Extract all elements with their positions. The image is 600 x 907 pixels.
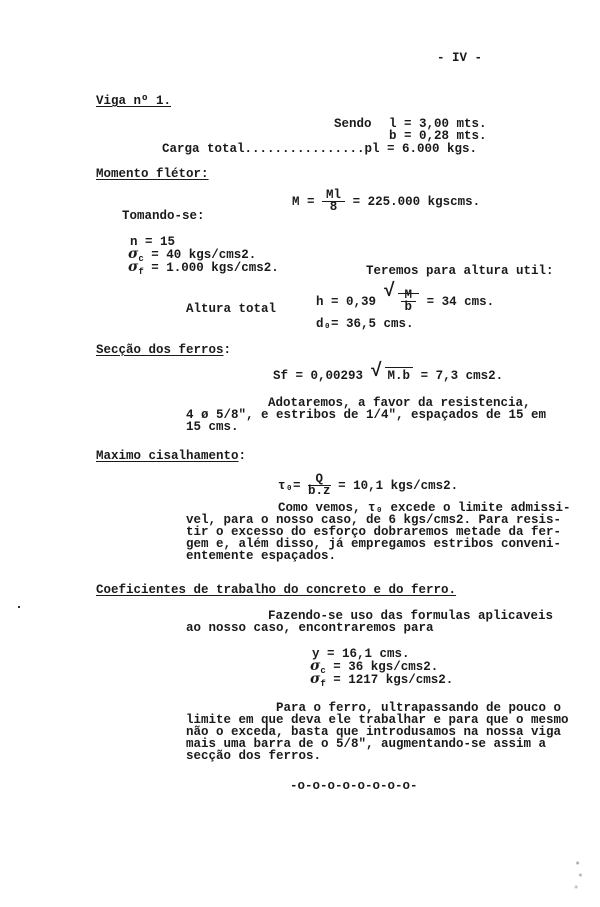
heading-text: Secção dos ferros: [96, 343, 224, 357]
heading-colon: :: [224, 343, 232, 357]
tomando-se: Tomando-se:: [122, 210, 205, 222]
denominator: b: [401, 302, 417, 313]
value: = 36 kgs/cms2.: [333, 660, 438, 674]
formula-h: h = 0,39 Mb = 34 cms.: [316, 290, 494, 313]
altura-total: Altura total: [186, 303, 276, 315]
formula-moment: M = Ml8 = 225.000 kgscms.: [292, 190, 480, 213]
h-rhs: = 34 cms.: [427, 295, 495, 309]
heading-secao-ferros: Secção dos ferros:: [96, 344, 231, 356]
scan-specks: [572, 855, 586, 895]
denominator: b.z: [308, 486, 331, 497]
fraction: Mb: [401, 290, 417, 313]
cisalhamento-line-5: entemente espaçados.: [186, 550, 336, 562]
sf-rhs: = 7,3 cms2.: [421, 369, 504, 383]
fraction: Ml8: [322, 190, 345, 213]
moment-rhs: = 225.000 kgscms.: [353, 195, 481, 209]
coef-line-2: ao nosso caso, encontraremos para: [186, 622, 434, 634]
sigma-symbol: σ: [128, 259, 138, 275]
heading-colon: :: [239, 449, 247, 463]
secao-line-3: 15 cms.: [186, 421, 239, 433]
heading-cisalhamento: Maximo cisalhamento:: [96, 450, 246, 462]
h-lhs: h = 0,39: [316, 295, 376, 309]
heading-momento-fletor: Momento flétor:: [96, 168, 209, 180]
subscript: f: [320, 679, 325, 689]
given-carga-total: Carga total................pl = 6.000 kg…: [162, 143, 477, 155]
secao-line-2: 4 ø 5/8", e estribos de 1/4", espaçados …: [186, 409, 546, 421]
sendo-label: Sendo: [334, 118, 372, 130]
coef-sigma-f: σf = 1217 kgs/cms2.: [310, 673, 453, 690]
value: = 1217 kgs/cms2.: [333, 673, 453, 687]
sf-lhs: Sf = 0,00293: [273, 369, 363, 383]
d-value: d₀= 36,5 cms.: [316, 318, 414, 330]
param-sigma-f: σf = 1.000 kgs/cms2.: [128, 261, 279, 278]
separator: -o-o-o-o-o-o-o-o-: [290, 780, 418, 792]
section-title-viga: Viga nº 1.: [96, 95, 171, 107]
heading-text: Maximo cisalhamento: [96, 449, 239, 463]
fraction: Qb.z: [308, 474, 331, 497]
sigma-symbol: σ: [310, 671, 320, 687]
teremos-altura-util: Teremos para altura util:: [366, 265, 554, 277]
tau-rhs: = 10,1 kgs/cms2.: [338, 479, 458, 493]
heading-coeficientes: Coeficientes de trabalho do concreto e d…: [96, 584, 456, 596]
tau-lhs: τ₀=: [278, 479, 301, 493]
margin-dot: [18, 606, 20, 608]
coef-y: y = 16,1 cms.: [312, 648, 410, 660]
ferro-line-5: secção dos ferros.: [186, 750, 321, 762]
denominator: 8: [322, 202, 345, 213]
value: = 40 kgs/cms2.: [151, 248, 256, 262]
formula-tau: τ₀= Qb.z = 10,1 kgs/cms2.: [278, 474, 458, 497]
formula-sf: Sf = 0,00293 M.b = 7,3 cms2.: [273, 370, 503, 382]
sqrt-icon: Mb: [384, 290, 420, 313]
moment-lhs: M =: [292, 195, 315, 209]
value: = 1.000 kgs/cms2.: [151, 261, 279, 275]
subscript: f: [138, 267, 143, 277]
page-number: - IV -: [437, 52, 482, 64]
sqrt-icon: M.b: [371, 370, 414, 382]
given-b: b = 0,28 mts.: [389, 130, 487, 142]
